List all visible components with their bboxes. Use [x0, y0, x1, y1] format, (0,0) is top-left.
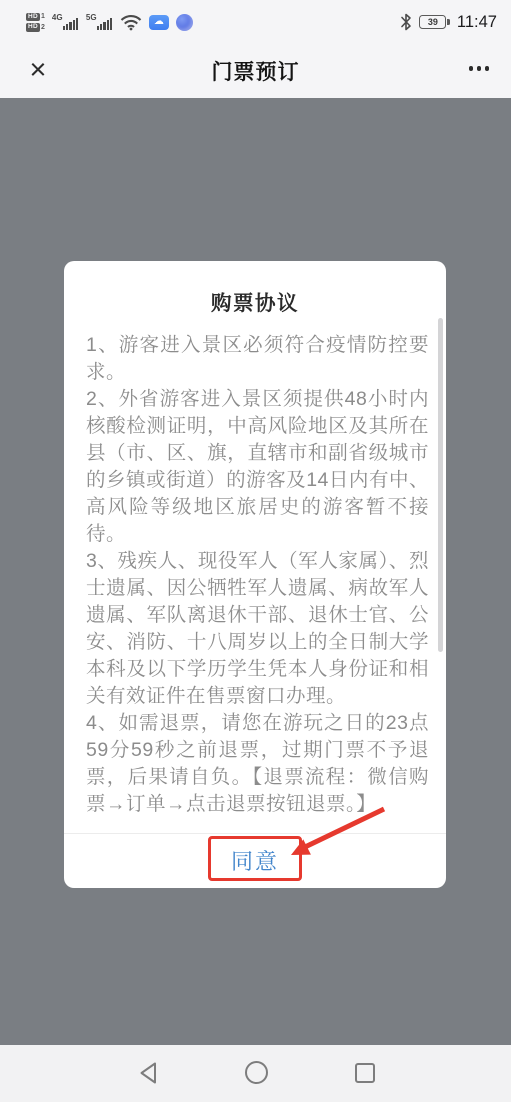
status-bar: HD 1 HD 2 4G 5G ☁ [0, 0, 511, 44]
agreement-terms-text: 1、游客进入景区必须符合疫情防控要求。 2、外省游客进入景区须提供48小时内核酸… [86, 332, 429, 833]
network-5g-label: 5G [86, 13, 97, 22]
sim2-number: 2 [41, 24, 45, 31]
hd-volte-icon-sim1: HD 1 [26, 13, 45, 22]
cloud-app-icon: ☁ [149, 15, 169, 30]
page-title: 门票预订 [0, 56, 511, 86]
battery-tip [447, 19, 450, 25]
sync-app-icon [176, 14, 193, 31]
phone-screen: HD 1 HD 2 4G 5G ☁ [0, 0, 511, 1102]
hd-volte-icons: HD 1 HD 2 [26, 13, 45, 32]
term-item: 2、外省游客进入景区须提供48小时内核酸检测证明，中高风险地区及其所在县（市、区… [86, 386, 429, 548]
recents-icon[interactable] [355, 1063, 375, 1083]
signal-bars-5g-icon: 5G [86, 13, 113, 31]
signal-bars-4g-icon: 4G [52, 13, 79, 31]
battery-percent: 39 [419, 15, 446, 29]
ticket-agreement-dialog: 购票协议 1、游客进入景区必须符合疫情防控要求。 2、外省游客进入景区须提供48… [64, 261, 446, 888]
term-item: 3、残疾人、现役军人（军人家属）、烈士遗属、因公牺牲军人遗属、病故军人遗属、军队… [86, 548, 429, 710]
hd-chip: HD [26, 13, 40, 22]
cloud-glyph: ☁ [154, 17, 164, 27]
wifi-icon [120, 14, 142, 31]
header-bar: × 门票预订 [0, 44, 511, 98]
status-right-icons: 39 11:47 [400, 13, 497, 32]
scrollbar-thumb[interactable] [438, 318, 443, 652]
agree-button[interactable]: 同意 [64, 833, 446, 888]
hd-chip: HD [26, 23, 40, 32]
clock-time: 11:47 [457, 13, 497, 32]
status-left-icons: HD 1 HD 2 4G 5G ☁ [26, 13, 193, 32]
android-nav-bar [0, 1045, 511, 1102]
bluetooth-icon [400, 13, 412, 31]
battery-icon: 39 [419, 15, 450, 29]
more-menu-icon[interactable] [469, 62, 490, 75]
sim1-number: 1 [41, 13, 45, 20]
home-icon[interactable] [245, 1061, 268, 1084]
back-icon[interactable] [137, 1060, 163, 1086]
dialog-title: 购票协议 [64, 286, 446, 316]
agree-button-label: 同意 [231, 845, 279, 876]
network-4g-label: 4G [52, 13, 63, 22]
term-item: 4、如需退票，请您在游玩之日的23点59分59秒之前退票，过期门票不予退票，后果… [86, 710, 429, 818]
hd-volte-icon-sim2: HD 2 [26, 23, 45, 32]
term-item: 1、游客进入景区必须符合疫情防控要求。 [86, 332, 429, 386]
